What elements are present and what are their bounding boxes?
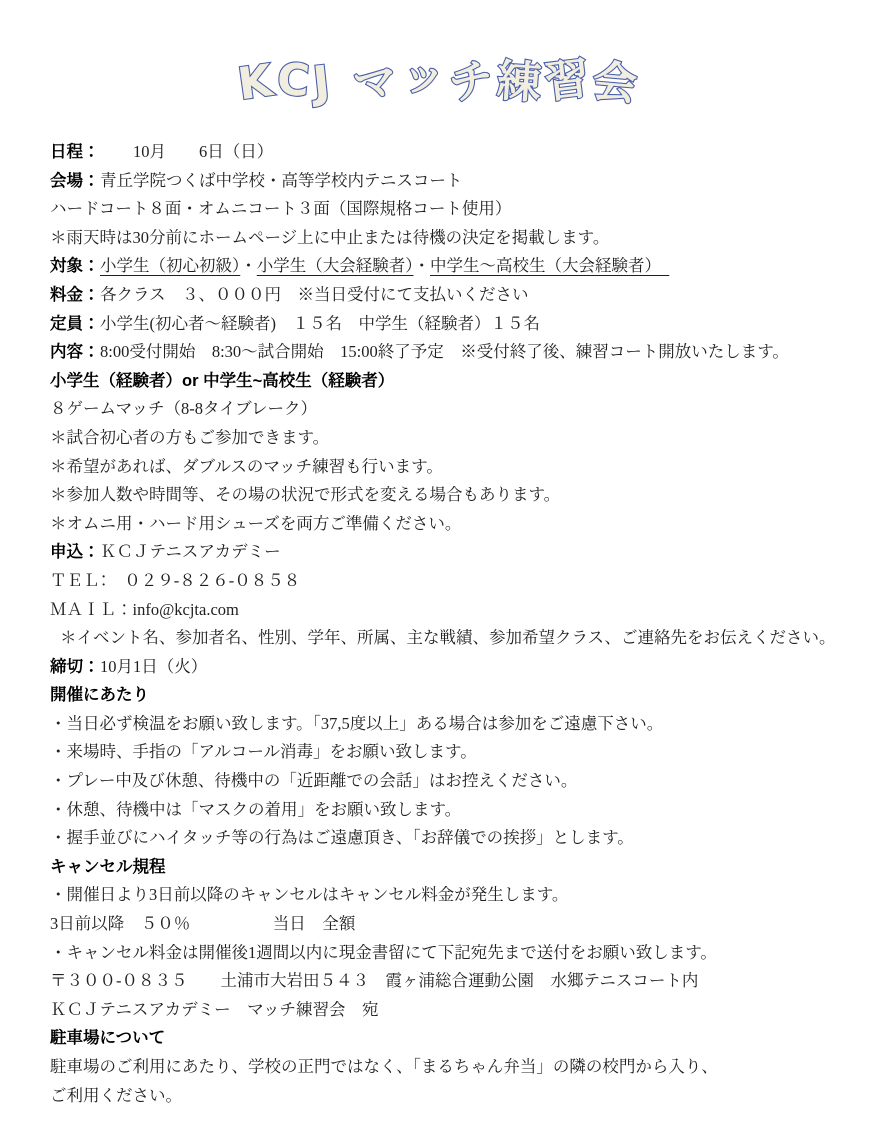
parking-heading: 駐車場について xyxy=(50,1024,871,1053)
cancel-heading: キャンセル規程 xyxy=(50,853,871,882)
fee-label: 料金： xyxy=(50,281,100,310)
target-segment-2: 小学生（大会経験者） xyxy=(257,256,414,275)
target-segment-1: 小学生（初心初級） xyxy=(100,256,240,275)
venue-name: 青丘学院つくば中学校・高等学校内テニスコート xyxy=(100,167,871,196)
target-separator-2: ・ xyxy=(414,256,431,275)
parking-instructions-line1: 駐車場のご利用にあたり、学校の正門ではなく、「まるちゃん弁当」の隣の校門から入り… xyxy=(50,1053,871,1082)
flyer-body: 日程： 10月 6日（日） 会場： 青丘学院つくば中学校・高等学校内テニスコート… xyxy=(0,138,879,1110)
content-label: 内容： xyxy=(50,338,100,367)
date-label: 日程： xyxy=(50,138,100,167)
target-label: 対象： xyxy=(50,252,100,281)
venue-courts: ハードコート８面・オムニコート３面（国際規格コート使用） xyxy=(50,195,871,224)
venue-label: 会場： xyxy=(50,167,100,196)
apply-label: 申込： xyxy=(50,538,100,567)
apply-mail-label: ＭＡＩＬ： xyxy=(50,600,133,619)
content-line-beginners: ＊試合初心者の方もご参加できます。 xyxy=(50,424,871,453)
notes-item-sanitizer: ・来場時、手指の「アルコール消毒」をお願い致します。 xyxy=(50,738,871,767)
apply-tel: ＴＥＬ： ０２９-８２６-０８５８ xyxy=(50,567,871,596)
target-segment-3: 中学生～高校生（大会経験者） xyxy=(430,256,669,275)
apply-organization: ＫＣＪテニスアカデミー xyxy=(100,538,871,567)
capacity-value: 小学生(初心者～経験者) １５名 中学生（経験者）１５名 xyxy=(100,310,871,339)
notes-heading: 開催にあたり xyxy=(50,681,871,710)
content-line-doubles: ＊希望があれば、ダブルスのマッチ練習も行います。 xyxy=(50,453,871,482)
cancel-policy-item: ・開催日より3日前以降のキャンセルはキャンセル料金が発生します。 xyxy=(50,881,871,910)
deadline-value: 10月1日（火） xyxy=(100,653,871,682)
capacity-label: 定員： xyxy=(50,310,100,339)
deadline-row: 締切： 10月1日（火） xyxy=(50,653,871,682)
apply-mail-line: ＭＡＩＬ：info@kcjta.com xyxy=(50,596,871,625)
page-title: KCJ マッチ練習会 xyxy=(0,52,879,110)
target-separator-1: ・ xyxy=(240,256,257,275)
fee-value: 各クラス ３、０００円 ※当日受付にて支払いください xyxy=(100,281,871,310)
flyer-page: KCJ マッチ練習会 日程： 10月 6日（日） 会場： 青丘学院つくば中学校・… xyxy=(0,0,879,1129)
cancel-fee-detail: 3日前以降 ５０％ 当日 全額 xyxy=(50,910,871,939)
date-row: 日程： 10月 6日（日） xyxy=(50,138,871,167)
capacity-row: 定員： 小学生(初心者～経験者) １５名 中学生（経験者）１５名 xyxy=(50,310,871,339)
apply-note: ＊イベント名、参加者名、性別、学年、所属、主な戦績、参加希望クラス、ご連絡先をお… xyxy=(50,624,871,653)
parking-instructions-line2: ご利用ください。 xyxy=(50,1082,871,1111)
content-row: 内容： 8:00受付開始 8:30～試合開始 15:00終了予定 ※受付終了後、… xyxy=(50,338,871,367)
content-line-match-format: ８ゲームマッチ（8-8タイブレーク） xyxy=(50,395,871,424)
target-value: 小学生（初心初級）・小学生（大会経験者）・中学生～高校生（大会経験者） xyxy=(100,252,871,281)
target-row: 対象： 小学生（初心初級）・小学生（大会経験者）・中学生～高校生（大会経験者） xyxy=(50,252,871,281)
notes-item-greeting: ・握手並びにハイタッチ等の行為はご遠慮頂き、「お辞儀での挨拶」とします。 xyxy=(50,824,871,853)
apply-mail-address: info@kcjta.com xyxy=(133,600,239,619)
content-schedule: 8:00受付開始 8:30～試合開始 15:00終了予定 ※受付終了後、練習コー… xyxy=(100,338,871,367)
fee-row: 料金： 各クラス ３、０００円 ※当日受付にて支払いください xyxy=(50,281,871,310)
content-line-format-change: ＊参加人数や時間等、その場の状況で形式を変える場合もあります。 xyxy=(50,481,871,510)
venue-rain-note: ＊雨天時は30分前にホームページ上に中止または待機の決定を掲載します。 xyxy=(50,224,871,253)
date-value: 10月 6日（日） xyxy=(100,138,871,167)
apply-row: 申込： ＫＣＪテニスアカデミー xyxy=(50,538,871,567)
cancel-address-line1: 〒３００-０８３５ 土浦市大岩田５４３ 霞ヶ浦総合運動公園 水郷テニスコート内 xyxy=(50,967,871,996)
notes-item-temperature: ・当日必ず検温をお願い致します。「37,5度以上」ある場合は参加をご遠慮下さい。 xyxy=(50,710,871,739)
content-line-shoes: ＊オムニ用・ハード用シューズを両方ご準備ください。 xyxy=(50,510,871,539)
cancel-payment-item: ・キャンセル料金は開催後1週間以内に現金書留にて下記宛先まで送付をお願い致します… xyxy=(50,939,871,968)
notes-item-conversation: ・プレー中及び休憩、待機中の「近距離での会話」はお控えください。 xyxy=(50,767,871,796)
cancel-address-line2: ＫＣＪテニスアカデミー マッチ練習会 宛 xyxy=(50,996,871,1025)
content-subheading: 小学生（経験者）or 中学生~高校生（経験者） xyxy=(50,367,871,396)
venue-row: 会場： 青丘学院つくば中学校・高等学校内テニスコート xyxy=(50,167,871,196)
deadline-label: 締切： xyxy=(50,653,100,682)
notes-item-mask: ・休憩、待機中は「マスクの着用」をお願い致します。 xyxy=(50,796,871,825)
